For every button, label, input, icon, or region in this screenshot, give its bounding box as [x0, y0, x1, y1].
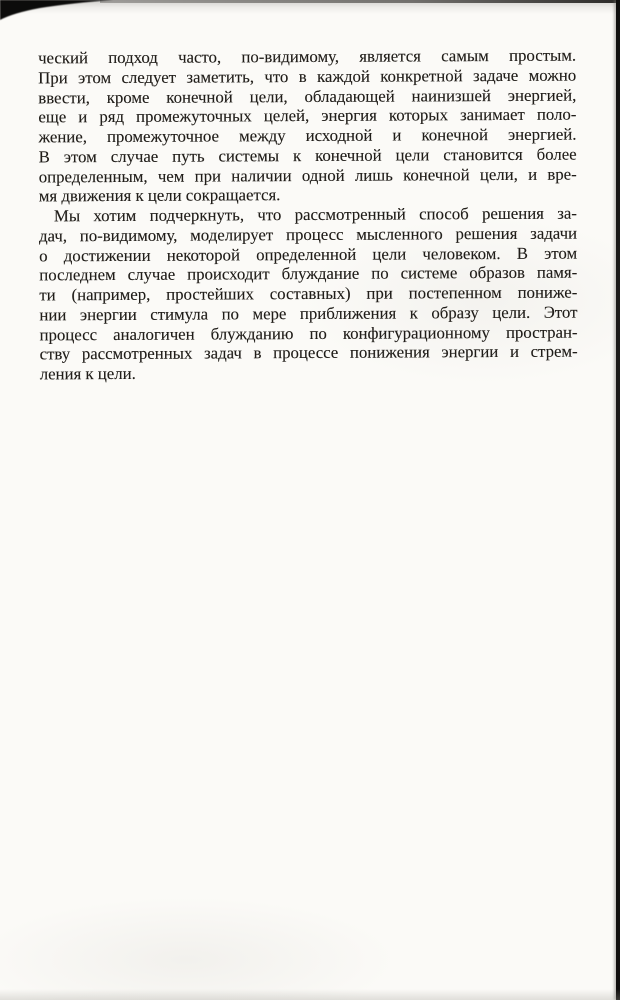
scan-corner-wedge: [0, 0, 125, 22]
scan-top-edge-line: [100, 0, 620, 3]
text-line: определенным, чем при наличии одной лишь…: [39, 164, 577, 187]
text-line: ти (например, простейших составных) при …: [39, 283, 577, 306]
text-line: ления к цели.: [40, 362, 578, 385]
scanned-page: ческий подход часто, по-видимому, являет…: [0, 0, 620, 1000]
text-line: жение, промежуточное между исходной и ко…: [38, 125, 576, 148]
text-block: ческий подход часто, по-видимому, являет…: [38, 46, 578, 385]
scan-bottom-shadow-band: [0, 989, 620, 1000]
text-line: ству рассмотренных задач в процессе пони…: [40, 342, 578, 365]
scan-top-shadow-band: [0, 0, 620, 14]
text-line: дач, по-видимому, моделирует процесс мыс…: [39, 223, 577, 246]
text-line: ческий подход часто, по-видимому, являет…: [38, 46, 576, 69]
text-line: При этом следует заметить, что в каждой …: [38, 65, 576, 88]
text-line: В этом случае путь системы к конечной це…: [39, 144, 577, 167]
paragraph-1: ческий подход часто, по-видимому, являет…: [38, 46, 577, 207]
scan-right-edge-bar: [616, 0, 620, 1000]
paragraph-2: Мы хотим подчеркнуть, что рассмотренный …: [39, 204, 578, 385]
text-line: нии энергии стимула по мере приближения …: [39, 302, 577, 325]
text-line: Мы хотим подчеркнуть, что рассмотренный …: [39, 204, 577, 227]
